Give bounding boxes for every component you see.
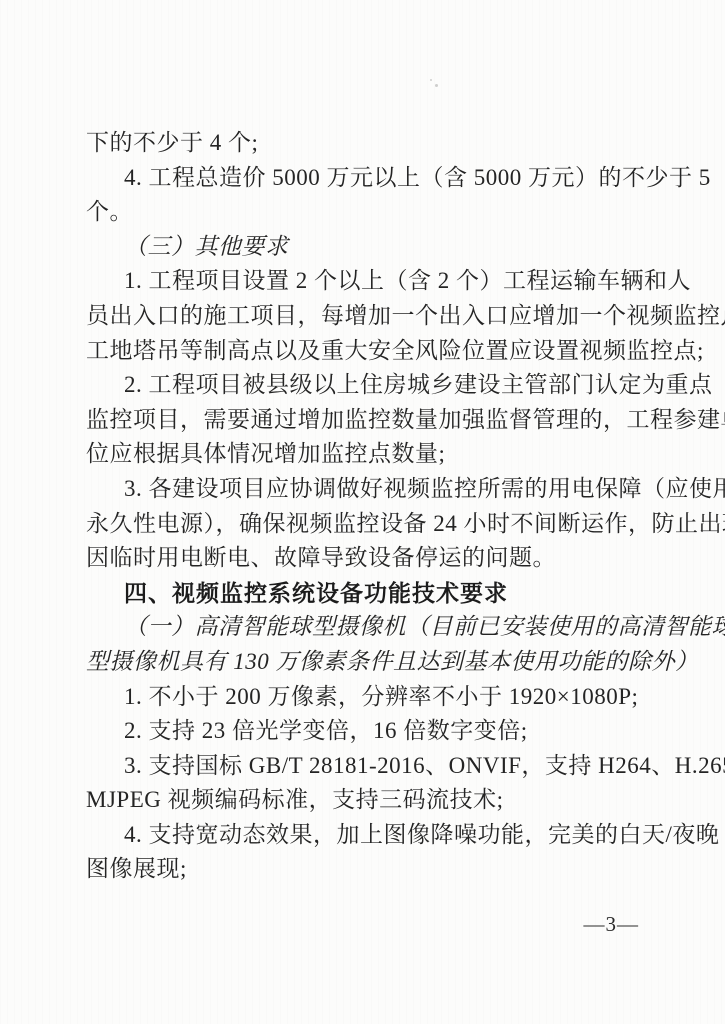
body-line-01: 4. 工程总造价 5000 万元以上（含 5000 万元）的不少于 5 — [86, 161, 642, 196]
body-line-00: 下的不少于 4 个; — [86, 126, 642, 161]
body-line-08: 监控项目，需要通过增加监控数量加强监督管理的，工程参建单 — [86, 403, 642, 438]
body-line-04: 1. 工程项目设置 2 个以上（含 2 个）工程运输车辆和人 — [86, 264, 642, 299]
subsection-heading-camera-1: （一）高清智能球型摄像机（目前已安装使用的高清智能球 — [86, 610, 642, 645]
body-line-16: 1. 不小于 200 万像素，分辨率不小于 1920×1080P; — [86, 680, 642, 715]
body-line-21: 图像展现; — [86, 852, 642, 887]
section-heading-tech-requirements: 四、视频监控系统设备功能技术要求 — [86, 576, 642, 611]
scanned-document-page: 下的不少于 4 个; 4. 工程总造价 5000 万元以上（含 5000 万元）… — [0, 0, 725, 1024]
body-line-07: 2. 工程项目被县级以上住房城乡建设主管部门认定为重点 — [86, 368, 642, 403]
body-line-17: 2. 支持 23 倍光学变倍，16 倍数字变倍; — [86, 714, 642, 749]
body-line-06: 工地塔吊等制高点以及重大安全风险位置应设置视频监控点; — [86, 334, 642, 369]
document-text-block: 下的不少于 4 个; 4. 工程总造价 5000 万元以上（含 5000 万元）… — [86, 126, 642, 887]
body-line-20: 4. 支持宽动态效果，加上图像降噪功能，完美的白天/夜晚 — [86, 818, 642, 853]
subsection-heading-other-requirements: （三）其他要求 — [86, 230, 642, 265]
body-line-09: 位应根据具体情况增加监控点数量; — [86, 437, 642, 472]
body-line-10: 3. 各建设项目应协调做好视频监控所需的用电保障（应使用 — [86, 472, 642, 507]
body-line-05: 员出入口的施工项目，每增加一个出入口应增加一个视频监控点; — [86, 299, 642, 334]
body-line-12: 因临时用电断电、故障导致设备停运的问题。 — [86, 541, 642, 576]
page-number: —3— — [584, 912, 640, 937]
subsection-heading-camera-2: 型摄像机具有 130 万像素条件且达到基本使用功能的除外） — [86, 645, 642, 680]
body-line-02: 个。 — [86, 195, 642, 230]
scan-artifact-speck — [430, 79, 439, 88]
body-line-19: MJPEG 视频编码标准，支持三码流技术; — [86, 783, 642, 818]
body-line-18: 3. 支持国标 GB/T 28181-2016、ONVIF，支持 H264、H.… — [86, 749, 642, 784]
body-line-11: 永久性电源），确保视频监控设备 24 小时不间断运作，防止出现 — [86, 507, 642, 542]
